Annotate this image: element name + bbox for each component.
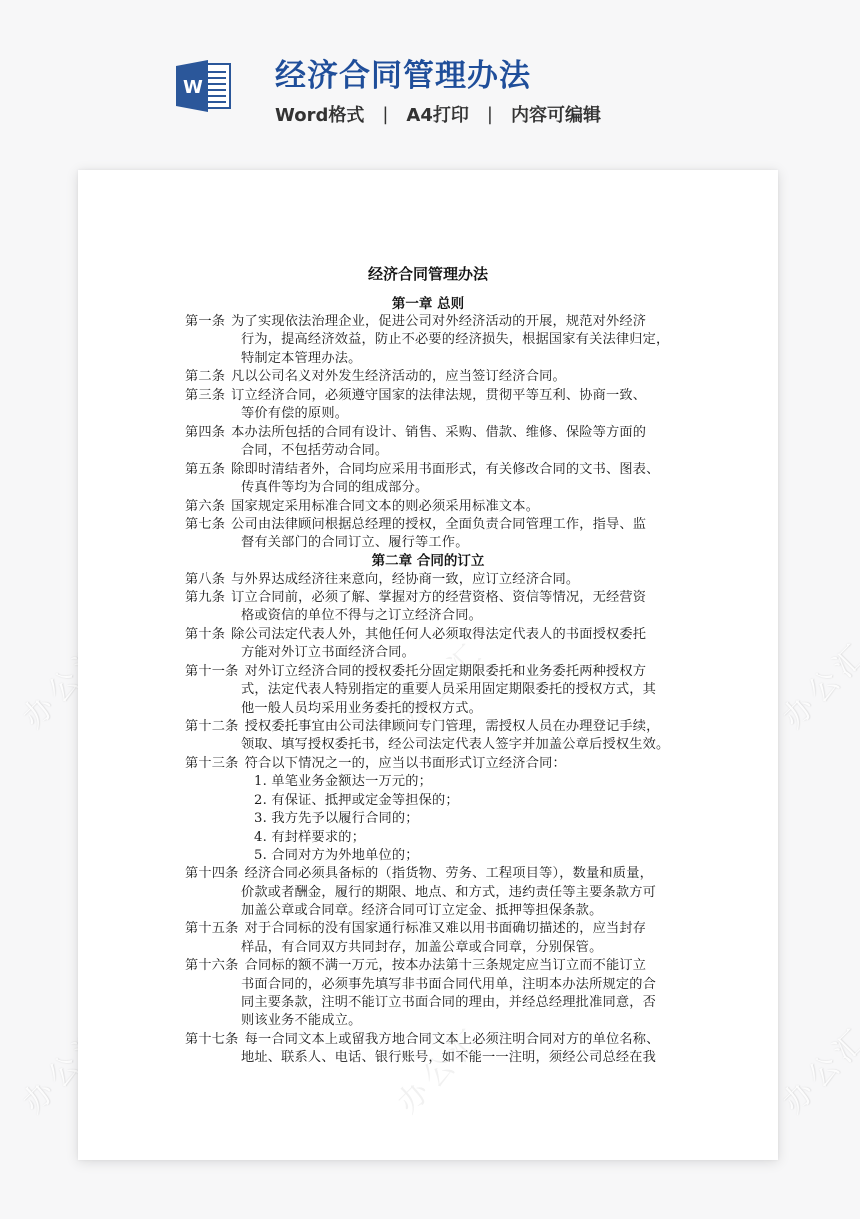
article-label: 第六条 xyxy=(185,499,225,514)
article-label: 第十条 xyxy=(185,627,225,642)
article-label: 第三条 xyxy=(185,388,225,403)
article-line: 加盖公章或合同章。经济合同可订立定金、抵押等担保条款。 xyxy=(241,899,602,918)
article-line: 格或资信的单位不得与之订立经济合同。 xyxy=(241,604,482,623)
article-line: 价款或者酬金，履行的期限、地点、和方式，违约责任等主要条款方可 xyxy=(241,881,656,900)
article-4: 第四条本办法所包括的合同有设计、销售、采购、借款、维修、保险等方面的 xyxy=(185,421,646,440)
article-10: 第十条除公司法定代表人外，其他任何人必须取得法定代表人的书面授权委托 xyxy=(185,623,646,642)
article-label: 第二条 xyxy=(185,369,225,384)
article-line: 书面合同的，必须事先填写非书面合同代用单，注明本办法所规定的合 xyxy=(241,973,656,992)
article-label: 第十二条 xyxy=(185,719,239,734)
article-6: 第六条国家规定采用标准合同文本的则必须采用标准文本。 xyxy=(185,495,539,514)
article-line: 方能对外订立书面经济合同。 xyxy=(241,641,415,660)
article-7: 第七条公司由法律顾问根据总经理的授权，全面负责合同管理工作，指导、监 xyxy=(185,513,646,532)
article-13: 第十三条符合以下情况之一的，应当以书面形式订立经济合同： xyxy=(185,752,566,771)
document-title: 经济合同管理办法 xyxy=(0,263,856,284)
chapter-heading-2: 第二章 合同的订立 xyxy=(0,549,856,569)
list-item: 3. 我方先予以履行合同的； xyxy=(254,807,419,826)
article-label: 第九条 xyxy=(185,590,225,605)
article-label: 第十三条 xyxy=(185,756,239,771)
article-line: 则该业务不能成立。 xyxy=(241,1009,362,1028)
article-line: 地址、联系人、电话、银行账号，如不能一一注明，须经公司总经在我 xyxy=(241,1046,656,1065)
article-2: 第二条凡以公司名义对外发生经济活动的，应当签订经济合同。 xyxy=(185,365,566,384)
article-14: 第十四条经济合同必须具备标的（指货物、劳务、工程项目等），数量和质量， xyxy=(185,862,653,881)
word-document-icon: W xyxy=(174,58,232,114)
article-label: 第四条 xyxy=(185,425,225,440)
article-label: 第十一条 xyxy=(185,664,239,679)
article-label: 第十六条 xyxy=(185,958,239,973)
feature-a4-print: A4打印 xyxy=(406,101,468,127)
article-8: 第八条与外界达成经济往来意向，经协商一致，应订立经济合同。 xyxy=(185,568,579,587)
article-5: 第五条除即时清结者外，合同均应采用书面形式，有关修改合同的文书、图表、 xyxy=(185,458,660,477)
article-label: 第十四条 xyxy=(185,866,239,881)
feature-editable: 内容可编辑 xyxy=(511,101,601,127)
article-line: 传真件等均为合同的组成部分。 xyxy=(241,476,428,495)
article-line: 同主要条款，注明不能订立书面合同的理由，并经总经理批准同意，否 xyxy=(241,991,656,1010)
article-line: 式，法定代表人特别指定的重要人员采用固定期限委托的授权方式，其 xyxy=(241,678,656,697)
svg-text:W: W xyxy=(183,77,203,98)
separator: | xyxy=(382,104,388,125)
watermark: 办公汇 xyxy=(770,1014,860,1121)
article-line: 样品，有合同双方共同封存，加盖公章或合同章，分别保管。 xyxy=(241,936,602,955)
list-item: 1. 单笔业务金额达一万元的； xyxy=(254,770,432,789)
article-3: 第三条订立经济合同，必须遵守国家的法律法规，贯彻平等互利、协商一致、 xyxy=(185,384,646,403)
header-title: 经济合同管理办法 xyxy=(275,50,531,95)
article-15: 第十五条对于合同标的没有国家通行标准又难以用书面确切描述的，应当封存 xyxy=(185,917,646,936)
article-11: 第十一条对外订立经济合同的授权委托分固定期限委托和业务委托两种授权方 xyxy=(185,660,646,679)
article-label: 第十七条 xyxy=(185,1032,239,1047)
article-line: 他一般人员均采用业务委托的授权方式。 xyxy=(241,697,482,716)
article-line: 督有关部门的合同订立、履行等工作。 xyxy=(241,531,469,550)
list-item: 4. 有封样要求的； xyxy=(254,826,365,845)
article-1: 第一条为了实现依法治理企业，促进公司对外经济活动的开展，规范对外经济 xyxy=(185,310,646,329)
list-item: 2. 有保证、抵押或定金等担保的； xyxy=(254,789,459,808)
article-label: 第一条 xyxy=(185,314,225,329)
header: W 经济合同管理办法 Word格式 | A4打印 | 内容可编辑 xyxy=(0,0,860,160)
article-label: 第十五条 xyxy=(185,921,239,936)
article-16: 第十六条合同标的额不满一万元，按本办法第十三条规定应当订立而不能订立 xyxy=(185,954,646,973)
watermark: 办公汇 xyxy=(770,629,860,736)
article-line: 等价有偿的原则。 xyxy=(241,402,348,421)
article-9: 第九条订立合同前，必须了解、掌握对方的经营资格、资信等情况，无经营资 xyxy=(185,586,646,605)
article-label: 第七条 xyxy=(185,517,225,532)
feature-word-format: Word格式 xyxy=(275,101,364,127)
chapter-heading-1: 第一章 总则 xyxy=(0,292,856,312)
header-features: Word格式 | A4打印 | 内容可编辑 xyxy=(275,101,601,127)
article-17: 第十七条每一合同文本上或留我方地合同文本上必须注明合同对方的单位名称、 xyxy=(185,1028,660,1047)
list-item: 5. 合同对方为外地单位的； xyxy=(254,844,419,863)
article-line: 行为，提高经济效益，防止不必要的经济损失，根据国家有关法律归定， xyxy=(241,328,669,347)
article-12: 第十二条授权委托事宜由公司法律顾问专门管理，需授权人员在办理登记手续， xyxy=(185,715,660,734)
article-label: 第八条 xyxy=(185,572,225,587)
separator: | xyxy=(487,104,493,125)
article-label: 第五条 xyxy=(185,462,225,477)
article-line: 领取、填写授权委托书，经公司法定代表人签字并加盖公章后授权生效。 xyxy=(241,733,669,752)
article-line: 特制定本管理办法。 xyxy=(241,347,362,366)
article-line: 合同，不包括劳动合同。 xyxy=(241,439,388,458)
